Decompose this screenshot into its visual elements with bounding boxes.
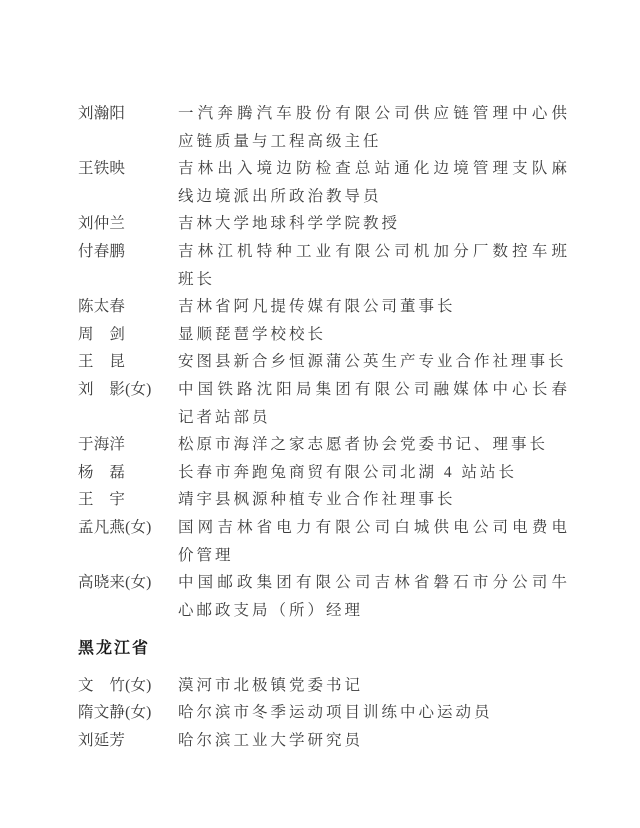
list-item: 孟凡燕(女)国网吉林省电力有限公司白城供电公司电费电价管理 (78, 514, 572, 569)
person-name: 王 昆 (78, 348, 178, 376)
position-line: 国网吉林省电力有限公司白城供电公司电费电 (178, 514, 570, 542)
position-line: 应链质量与工程高级主任 (178, 128, 570, 156)
position-description: 一汽奔腾汽车股份有限公司供应链管理中心供应链质量与工程高级主任 (178, 100, 570, 155)
position-line: 松原市海洋之家志愿者协会党委书记、理事长 (178, 431, 570, 459)
position-line: 吉林省阿凡提传媒有限公司董事长 (178, 293, 570, 321)
position-description: 中国铁路沈阳局集团有限公司融媒体中心长春记者站部员 (178, 376, 570, 431)
list-item: 周 剑显顺琵琶学校校长 (78, 321, 572, 349)
person-name: 刘延芳 (78, 727, 178, 755)
position-description: 漠河市北极镇党委书记 (178, 672, 570, 700)
list-item: 高晓来(女)中国邮政集团有限公司吉林省磐石市分公司牛心邮政支局（所）经理 (78, 569, 572, 624)
position-description: 吉林江机特种工业有限公司机加分厂数控车班班长 (178, 238, 570, 293)
position-line: 哈尔滨工业大学研究员 (178, 727, 570, 755)
list-item: 王 昆安图县新合乡恒源蒲公英生产专业合作社理事长 (78, 348, 572, 376)
list-item: 于海洋松原市海洋之家志愿者协会党委书记、理事长 (78, 431, 572, 459)
position-line: 吉林江机特种工业有限公司机加分厂数控车班 (178, 238, 570, 266)
position-description: 国网吉林省电力有限公司白城供电公司电费电价管理 (178, 514, 570, 569)
person-name: 刘仲兰 (78, 210, 178, 238)
list-item: 付春鹏吉林江机特种工业有限公司机加分厂数控车班班长 (78, 238, 572, 293)
position-line: 显顺琵琶学校校长 (178, 321, 570, 349)
person-name: 于海洋 (78, 431, 178, 459)
position-line: 一汽奔腾汽车股份有限公司供应链管理中心供 (178, 100, 570, 128)
list-item: 王 宇靖宇县枫源种植专业合作社理事长 (78, 486, 572, 514)
list-item: 杨 磊长春市奔跑兔商贸有限公司北湖 4 站站长 (78, 459, 572, 487)
person-name: 高晓来(女) (78, 569, 178, 597)
list-item: 刘延芳哈尔滨工业大学研究员 (78, 727, 572, 755)
person-name: 周 剑 (78, 321, 178, 349)
position-line: 漠河市北极镇党委书记 (178, 672, 570, 700)
position-description: 吉林省阿凡提传媒有限公司董事长 (178, 293, 570, 321)
position-description: 靖宇县枫源种植专业合作社理事长 (178, 486, 570, 514)
list-item: 刘瀚阳一汽奔腾汽车股份有限公司供应链管理中心供应链质量与工程高级主任 (78, 100, 572, 155)
list-item: 刘仲兰吉林大学地球科学学院教授 (78, 210, 572, 238)
person-name: 刘 影(女) (78, 376, 178, 404)
person-name: 孟凡燕(女) (78, 514, 178, 542)
position-description: 松原市海洋之家志愿者协会党委书记、理事长 (178, 431, 570, 459)
list-item: 刘 影(女)中国铁路沈阳局集团有限公司融媒体中心长春记者站部员 (78, 376, 572, 431)
position-description: 哈尔滨市冬季运动项目训练中心运动员 (178, 699, 570, 727)
list-item: 陈太春吉林省阿凡提传媒有限公司董事长 (78, 293, 572, 321)
position-line: 记者站部员 (178, 404, 570, 432)
document-page: 刘瀚阳一汽奔腾汽车股份有限公司供应链管理中心供应链质量与工程高级主任王铁映吉林出… (0, 0, 640, 828)
person-name: 付春鹏 (78, 238, 178, 266)
person-name: 王 宇 (78, 486, 178, 514)
position-line: 安图县新合乡恒源蒲公英生产专业合作社理事长 (178, 348, 570, 376)
position-line: 线边境派出所政治教导员 (178, 183, 570, 211)
position-description: 吉林出入境边防检查总站通化边境管理支队麻线边境派出所政治教导员 (178, 155, 570, 210)
position-description: 吉林大学地球科学学院教授 (178, 210, 570, 238)
position-description: 中国邮政集团有限公司吉林省磐石市分公司牛心邮政支局（所）经理 (178, 569, 570, 624)
position-line: 长春市奔跑兔商贸有限公司北湖 4 站站长 (178, 459, 570, 487)
person-name: 陈太春 (78, 293, 178, 321)
award-list: 刘瀚阳一汽奔腾汽车股份有限公司供应链管理中心供应链质量与工程高级主任王铁映吉林出… (78, 100, 572, 755)
person-name: 王铁映 (78, 155, 178, 183)
list-item: 文 竹(女)漠河市北极镇党委书记 (78, 672, 572, 700)
position-line: 吉林大学地球科学学院教授 (178, 210, 570, 238)
position-line: 中国铁路沈阳局集团有限公司融媒体中心长春 (178, 376, 570, 404)
position-line: 心邮政支局（所）经理 (178, 597, 570, 625)
position-line: 哈尔滨市冬季运动项目训练中心运动员 (178, 699, 570, 727)
position-description: 显顺琵琶学校校长 (178, 321, 570, 349)
person-name: 隋文静(女) (78, 699, 178, 727)
position-description: 长春市奔跑兔商贸有限公司北湖 4 站站长 (178, 459, 570, 487)
person-name: 杨 磊 (78, 459, 178, 487)
position-line: 中国邮政集团有限公司吉林省磐石市分公司牛 (178, 569, 570, 597)
list-item: 隋文静(女)哈尔滨市冬季运动项目训练中心运动员 (78, 699, 572, 727)
position-line: 靖宇县枫源种植专业合作社理事长 (178, 486, 570, 514)
position-description: 哈尔滨工业大学研究员 (178, 727, 570, 755)
position-line: 班长 (178, 266, 570, 294)
position-line: 吉林出入境边防检查总站通化边境管理支队麻 (178, 155, 570, 183)
section-heading: 黑龙江省 (78, 635, 572, 663)
person-name: 文 竹(女) (78, 672, 178, 700)
position-description: 安图县新合乡恒源蒲公英生产专业合作社理事长 (178, 348, 570, 376)
person-name: 刘瀚阳 (78, 100, 178, 128)
position-line: 价管理 (178, 542, 570, 570)
list-item: 王铁映吉林出入境边防检查总站通化边境管理支队麻线边境派出所政治教导员 (78, 155, 572, 210)
